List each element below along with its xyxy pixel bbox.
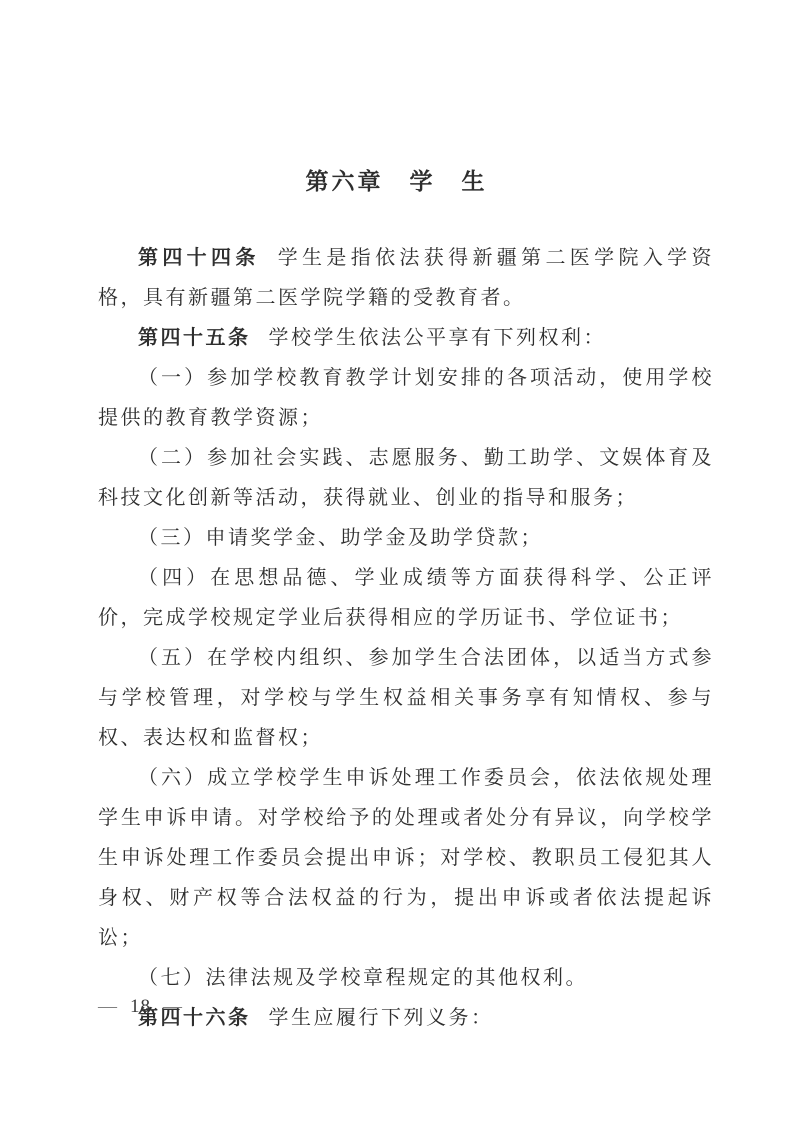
- paragraph-text: （四）在思想品德、学业成绩等方面获得科学、公正评价，完成学校规定学业后获得相应的…: [98, 567, 714, 629]
- page-footer: —18—: [98, 996, 183, 1018]
- paragraph-item-5: （五）在学校内组织、参加学生合法团体，以适当方式参与学校管理，对学校与学生权益相…: [98, 638, 714, 758]
- paragraph-text: （三）申请奖学金、助学金及助学贷款；: [138, 527, 543, 549]
- paragraph-article-45: 第四十五条学校学生依法公平享有下列权利：: [98, 318, 714, 358]
- paragraph-item-6: （六）成立学校学生申诉处理工作委员会，依法依规处理学生申诉申请。对学校给予的处理…: [98, 758, 714, 958]
- page-number: 18: [130, 996, 151, 1017]
- paragraph-item-2: （二）参加社会实践、志愿服务、勤工助学、文娱体育及科技文化创新等活动，获得就业、…: [98, 438, 714, 518]
- document-page: 第六章 学 生 第四十四条学生是指依法获得新疆第二医学院入学资格，具有新疆第二医…: [0, 0, 793, 1121]
- paragraph-item-3: （三）申请奖学金、助学金及助学贷款；: [98, 518, 714, 558]
- paragraph-text: 学校学生依法公平享有下列权利：: [269, 327, 607, 349]
- footer-dash-right: —: [163, 996, 183, 1017]
- paragraph-item-7: （七）法律法规及学校章程规定的其他权利。: [98, 958, 714, 998]
- paragraph-text: （六）成立学校学生申诉处理工作委员会，依法依规处理学生申诉申请。对学校给予的处理…: [98, 767, 714, 949]
- chapter-title: 第六章 学 生: [0, 163, 793, 196]
- paragraph-article-46: 第四十六条学生应履行下列义务：: [98, 998, 714, 1038]
- paragraph-text: （五）在学校内组织、参加学生合法团体，以适当方式参与学校管理，对学校与学生权益相…: [98, 647, 714, 749]
- paragraph-text: （七）法律法规及学校章程规定的其他权利。: [138, 967, 588, 989]
- article-number: 第四十五条: [138, 327, 251, 349]
- paragraph-text: 学生应履行下列义务：: [269, 1007, 494, 1029]
- footer-dash-left: —: [98, 996, 118, 1017]
- article-number: 第四十四条: [138, 247, 260, 269]
- paragraph-article-44: 第四十四条学生是指依法获得新疆第二医学院入学资格，具有新疆第二医学院学籍的受教育…: [98, 238, 714, 318]
- paragraph-item-4: （四）在思想品德、学业成绩等方面获得科学、公正评价，完成学校规定学业后获得相应的…: [98, 558, 714, 638]
- paragraph-text: （二）参加社会实践、志愿服务、勤工助学、文娱体育及科技文化创新等活动，获得就业、…: [98, 447, 714, 509]
- paragraph-item-1: （一）参加学校教育教学计划安排的各项活动，使用学校提供的教育教学资源；: [98, 358, 714, 438]
- document-body: 第四十四条学生是指依法获得新疆第二医学院入学资格，具有新疆第二医学院学籍的受教育…: [98, 238, 714, 1038]
- paragraph-text: （一）参加学校教育教学计划安排的各项活动，使用学校提供的教育教学资源；: [98, 367, 714, 429]
